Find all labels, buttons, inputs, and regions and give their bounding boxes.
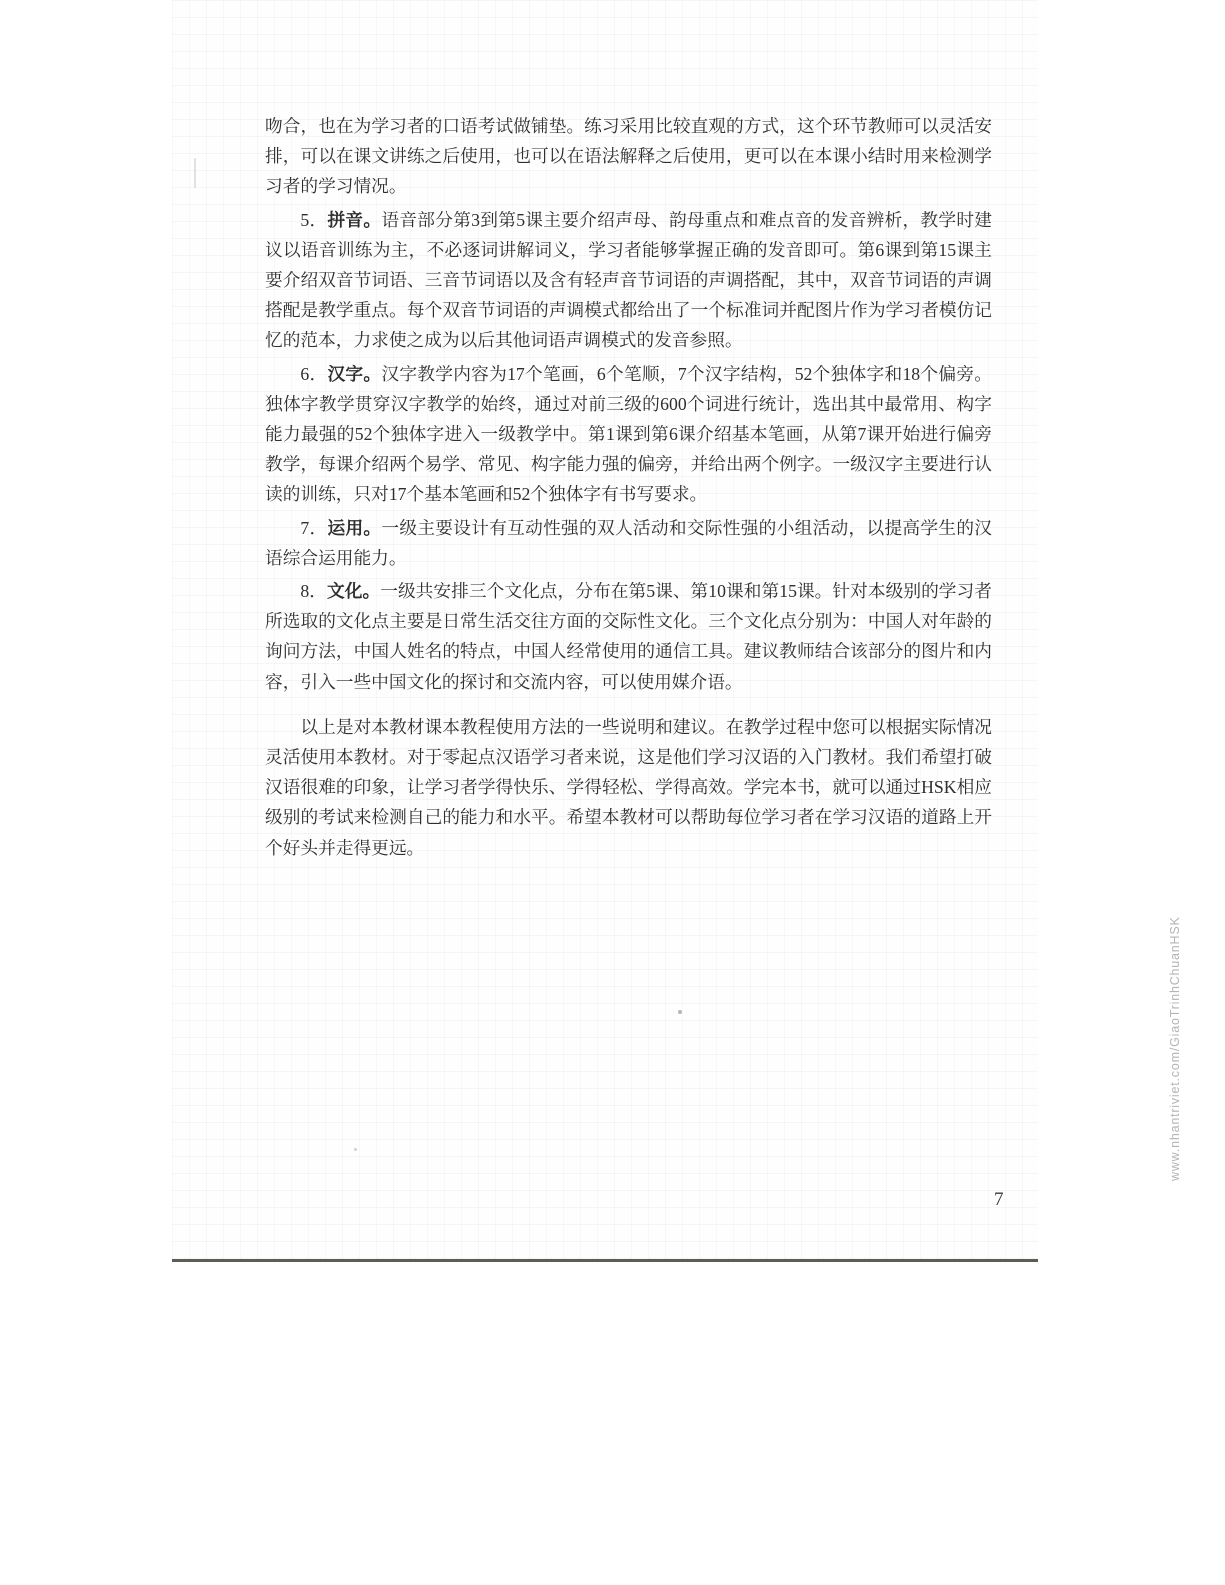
body-text: 吻合，也在为学习者的口语考试做铺垫。练习采用比较直观的方式，这个环节教师可以灵活…: [265, 111, 992, 863]
scan-margin-artifact: [194, 158, 196, 188]
item-label: 拼音。: [327, 210, 381, 230]
paragraph: 8．文化。一级共安排三个文化点，分布在第5课、第10课和第15课。针对本级别的学…: [265, 576, 992, 697]
screenshot-canvas: 吻合，也在为学习者的口语考试做铺垫。练习采用比较直观的方式，这个环节教师可以灵活…: [0, 0, 1225, 1585]
item-number: 6．: [300, 364, 327, 384]
item-number: 7．: [300, 518, 327, 538]
paragraph-text: 吻合，也在为学习者的口语考试做铺垫。练习采用比较直观的方式，这个环节教师可以灵活…: [265, 116, 992, 196]
scan-speck: [354, 1148, 357, 1151]
page-number: 7: [994, 1189, 1004, 1211]
item-label: 文化。: [327, 581, 380, 601]
watermark-url-text: www.nhantriviet.com/GiaoTrinhChuanHSK: [1168, 913, 1182, 1181]
paragraph-text: 以上是对本教材课本教程使用方法的一些说明和建议。在教学过程中您可以根据实际情况灵…: [265, 717, 992, 858]
paragraph: 以上是对本教材课本教程使用方法的一些说明和建议。在教学过程中您可以根据实际情况灵…: [265, 712, 992, 863]
paragraph: 6．汉字。汉字教学内容为17个笔画，6个笔顺，7个汉字结构，52个独体字和18个…: [265, 359, 992, 510]
scan-speck: [678, 1010, 682, 1014]
item-number: 8．: [300, 581, 327, 601]
paragraph-text: 语音部分第3到第5课主要介绍声母、韵母重点和难点音的发音辨析，教学时建议以语音训…: [265, 210, 992, 351]
item-number: 5．: [300, 210, 327, 230]
paragraph: 吻合，也在为学习者的口语考试做铺垫。练习采用比较直观的方式，这个环节教师可以灵活…: [265, 111, 992, 202]
scanned-page: 吻合，也在为学习者的口语考试做铺垫。练习采用比较直观的方式，这个环节教师可以灵活…: [172, 0, 1038, 1262]
paragraph: 5．拼音。语音部分第3到第5课主要介绍声母、韵母重点和难点音的发音辨析，教学时建…: [265, 205, 992, 356]
paragraph-text: 汉字教学内容为17个笔画，6个笔顺，7个汉字结构，52个独体字和18个偏旁。独体…: [265, 364, 992, 505]
item-label: 汉字。: [327, 364, 381, 384]
paragraph: 7．运用。一级主要设计有互动性强的双人活动和交际性强的小组活动，以提高学生的汉语…: [265, 513, 992, 573]
item-label: 运用。: [327, 518, 381, 538]
